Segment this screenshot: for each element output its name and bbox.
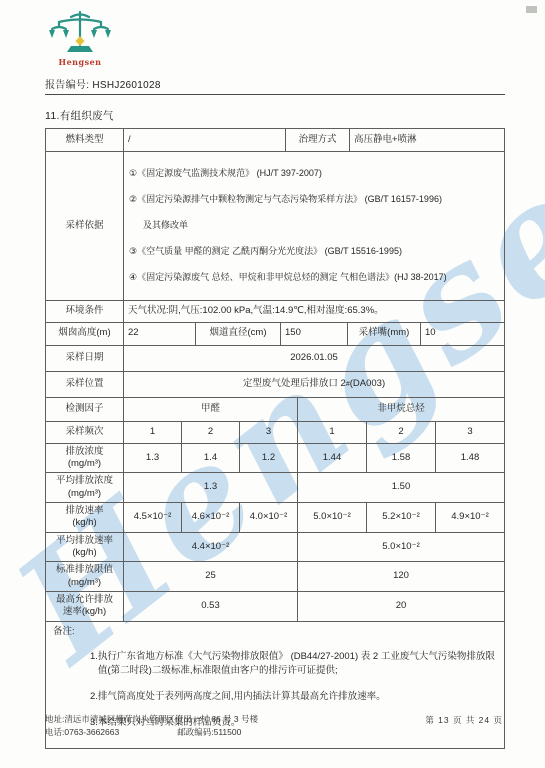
basis-line: ③《空气质量 甲醛的测定 乙酰丙酮分光光度法》 (GB/T 15516-1995… [129, 245, 499, 259]
fuel-type-label: 燃料类型 [46, 129, 123, 151]
avg-emission-rate-row: 平均排放速率 (kg/h) 4.4×10⁻² 5.0×10⁻² [46, 533, 504, 563]
report-number-label: 报告编号: [45, 80, 89, 91]
rate-cell: 4.6×10⁻² [181, 503, 239, 532]
limit-nmhc: 120 [297, 562, 504, 591]
max-rate-nmhc: 20 [297, 592, 504, 621]
sampling-frequency-label: 采样频次 [46, 422, 123, 443]
sampling-frequency-row: 采样频次 1 2 3 1 2 3 [46, 422, 504, 444]
sampling-location-label: 采样位置 [46, 372, 123, 397]
limit-formaldehyde: 25 [123, 562, 297, 591]
remark-item: 2.排气筒高度处于表列两高度之间,用内插法计算其最高允许排放速率。 [90, 690, 498, 704]
emission-rate-row: 排放速率 (kg/h) 4.5×10⁻² 4.6×10⁻² 4.0×10⁻² 5… [46, 503, 504, 533]
logo-wordmark: Hengsen [48, 57, 112, 67]
sampling-location-row: 采样位置 定型废气处理后排放口 2#(DA003) [46, 372, 504, 398]
treatment-method-value: 高压静电+喷淋 [349, 129, 504, 151]
avg-rate-nmhc: 5.0×10⁻² [297, 533, 504, 562]
concentration-cell: 1.58 [366, 444, 435, 473]
report-number-line: 报告编号: HSHJ2601028 [45, 76, 505, 95]
remark-item: 1.执行广东省地方标准《大气污染物排放限值》 (DB44/27-2001) 表 … [90, 650, 498, 678]
env-conditions-value: 天气状况:阴,气压:102.00 kPa,气温:14.9℃,相对湿度:65.3%… [123, 301, 504, 322]
max-rate-formaldehyde: 0.53 [123, 592, 297, 621]
sampling-basis-row: 采样依据 ①《固定源废气监测技术规范》 (HJ/T 397-2007) ②《固定… [46, 152, 504, 301]
avg-concentration-nmhc: 1.50 [297, 473, 504, 502]
concentration-cell: 1.48 [435, 444, 504, 473]
organized-waste-gas-table: 燃料类型 / 治理方式 高压静电+喷淋 采样依据 ①《固定源废气监测技术规范》 … [45, 128, 505, 749]
concentration-cell: 1.44 [297, 444, 366, 473]
address-value: 清远市清城区横荷岗头管理区澄田一村 66 号 3 号楼 [64, 714, 258, 724]
max-allowed-rate-row: 最高允许排放 速率(kg/h) 0.53 20 [46, 592, 504, 622]
footer-address-line: 地址:清远市清城区横荷岗头管理区澄田一村 66 号 3 号楼 [45, 713, 258, 726]
footer-contact-block: 地址:清远市清城区横荷岗头管理区澄田一村 66 号 3 号楼 电话:0763-3… [45, 713, 258, 739]
rate-cell: 4.9×10⁻² [435, 503, 504, 532]
footer-phone-line: 电话:0763-3662663 邮政编码:511500 [45, 726, 258, 739]
concentration-cell: 1.3 [123, 444, 181, 473]
rate-cell: 5.0×10⁻² [297, 503, 366, 532]
postcode-value: 511500 [214, 727, 242, 737]
sampling-date-row: 采样日期 2026.01.05 [46, 346, 504, 372]
basis-line: ④《固定污染源废气 总烃、甲烷和非甲烷总烃的测定 气相色谱法》(HJ 38-20… [129, 271, 499, 285]
page-content: Hengsen 报告编号: HSHJ2601028 11.有组织废气 燃料类型 … [0, 0, 545, 749]
avg-emission-concentration-label: 平均排放浓度 (mg/m³) [46, 473, 123, 502]
remarks-label: 备注: [53, 626, 75, 638]
page-footer: 地址:清远市清城区横荷岗头管理区澄田一村 66 号 3 号楼 电话:0763-3… [45, 713, 503, 739]
location-text: 定型废气处理后排放口 2 [243, 378, 346, 390]
frequency-cell: 2 [181, 422, 239, 443]
balance-scale-icon [49, 41, 111, 58]
phone-value: 0763-3662663 [64, 727, 119, 737]
postcode-label: 邮政编码: [177, 727, 213, 737]
sampling-date-label: 采样日期 [46, 346, 123, 371]
frequency-cell: 3 [239, 422, 297, 443]
avg-rate-formaldehyde: 4.4×10⁻² [123, 533, 297, 562]
factor-formaldehyde: 甲醛 [123, 398, 297, 421]
env-conditions-row: 环境条件 天气状况:阴,气压:102.00 kPa,气温:14.9℃,相对湿度:… [46, 301, 504, 323]
factor-nmhc: 非甲烷总烃 [297, 398, 504, 421]
fuel-row: 燃料类型 / 治理方式 高压静电+喷淋 [46, 129, 504, 152]
stack-row: 烟囱高度(m) 22 烟道直径(cm) 150 采样嘴(mm) 10 [46, 323, 504, 346]
duct-diameter-label: 烟道直径(cm) [195, 323, 280, 345]
rate-cell: 4.0×10⁻² [239, 503, 297, 532]
basis-line: ①《固定源废气监测技术规范》 (HJ/T 397-2007) [129, 167, 499, 181]
standard-limit-row: 标准排放限值 (mg/m³) 25 120 [46, 562, 504, 592]
sampling-basis-value: ①《固定源废气监测技术规范》 (HJ/T 397-2007) ②《固定污染源排气… [123, 152, 504, 300]
emission-concentration-row: 排放浓度 (mg/m³) 1.3 1.4 1.2 1.44 1.58 1.48 [46, 444, 504, 474]
frequency-cell: 1 [123, 422, 181, 443]
phone-label: 电话: [45, 727, 64, 737]
sampling-date-value: 2026.01.05 [123, 346, 504, 371]
max-allowed-rate-label: 最高允许排放 速率(kg/h) [46, 592, 123, 621]
frequency-cell: 2 [366, 422, 435, 443]
nozzle-size-label: 采样嘴(mm) [347, 323, 420, 345]
avg-concentration-formaldehyde: 1.3 [123, 473, 297, 502]
scan-artifact [526, 6, 537, 13]
avg-emission-concentration-row: 平均排放浓度 (mg/m³) 1.3 1.50 [46, 473, 504, 503]
postcode-item: 邮政编码:511500 [177, 726, 241, 739]
report-page: Hengsen [0, 0, 545, 768]
treatment-method-label: 治理方式 [285, 129, 349, 151]
rate-cell: 5.2×10⁻² [366, 503, 435, 532]
stack-height-value: 22 [123, 323, 195, 345]
stack-height-label: 烟囱高度(m) [46, 323, 123, 345]
nozzle-size-value: 10 [420, 323, 504, 345]
page-number: 第 13 页 共 24 页 [425, 714, 503, 727]
report-number-value: HSHJ2601028 [92, 80, 160, 91]
basis-line: 及其修改单 [129, 219, 499, 233]
rate-cell: 4.5×10⁻² [123, 503, 181, 532]
frequency-cell: 3 [435, 422, 504, 443]
concentration-cell: 1.2 [239, 444, 297, 473]
detection-factor-row: 检测因子 甲醛 非甲烷总烃 [46, 398, 504, 422]
section-title: 11.有组织废气 [45, 108, 505, 123]
frequency-cell: 1 [297, 422, 366, 443]
standard-limit-label: 标准排放限值 (mg/m³) [46, 562, 123, 591]
company-logo: Hengsen [48, 10, 112, 67]
avg-emission-rate-label: 平均排放速率 (kg/h) [46, 533, 123, 562]
concentration-cell: 1.4 [181, 444, 239, 473]
address-label: 地址: [45, 714, 64, 724]
detection-factor-label: 检测因子 [46, 398, 123, 421]
fuel-type-value: / [123, 129, 285, 151]
sampling-location-value: 定型废气处理后排放口 2#(DA003) [123, 372, 504, 397]
emission-concentration-label: 排放浓度 (mg/m³) [46, 444, 123, 473]
phone-item: 电话:0763-3662663 [45, 726, 119, 739]
basis-line: ②《固定污染源排气中颗粒物测定与气态污染物采样方法》 (GB/T 16157-1… [129, 193, 499, 207]
sampling-basis-label: 采样依据 [46, 152, 123, 300]
env-conditions-label: 环境条件 [46, 301, 123, 322]
emission-rate-label: 排放速率 (kg/h) [46, 503, 123, 532]
location-outlet-code: (DA003) [350, 378, 385, 390]
duct-diameter-value: 150 [280, 323, 347, 345]
